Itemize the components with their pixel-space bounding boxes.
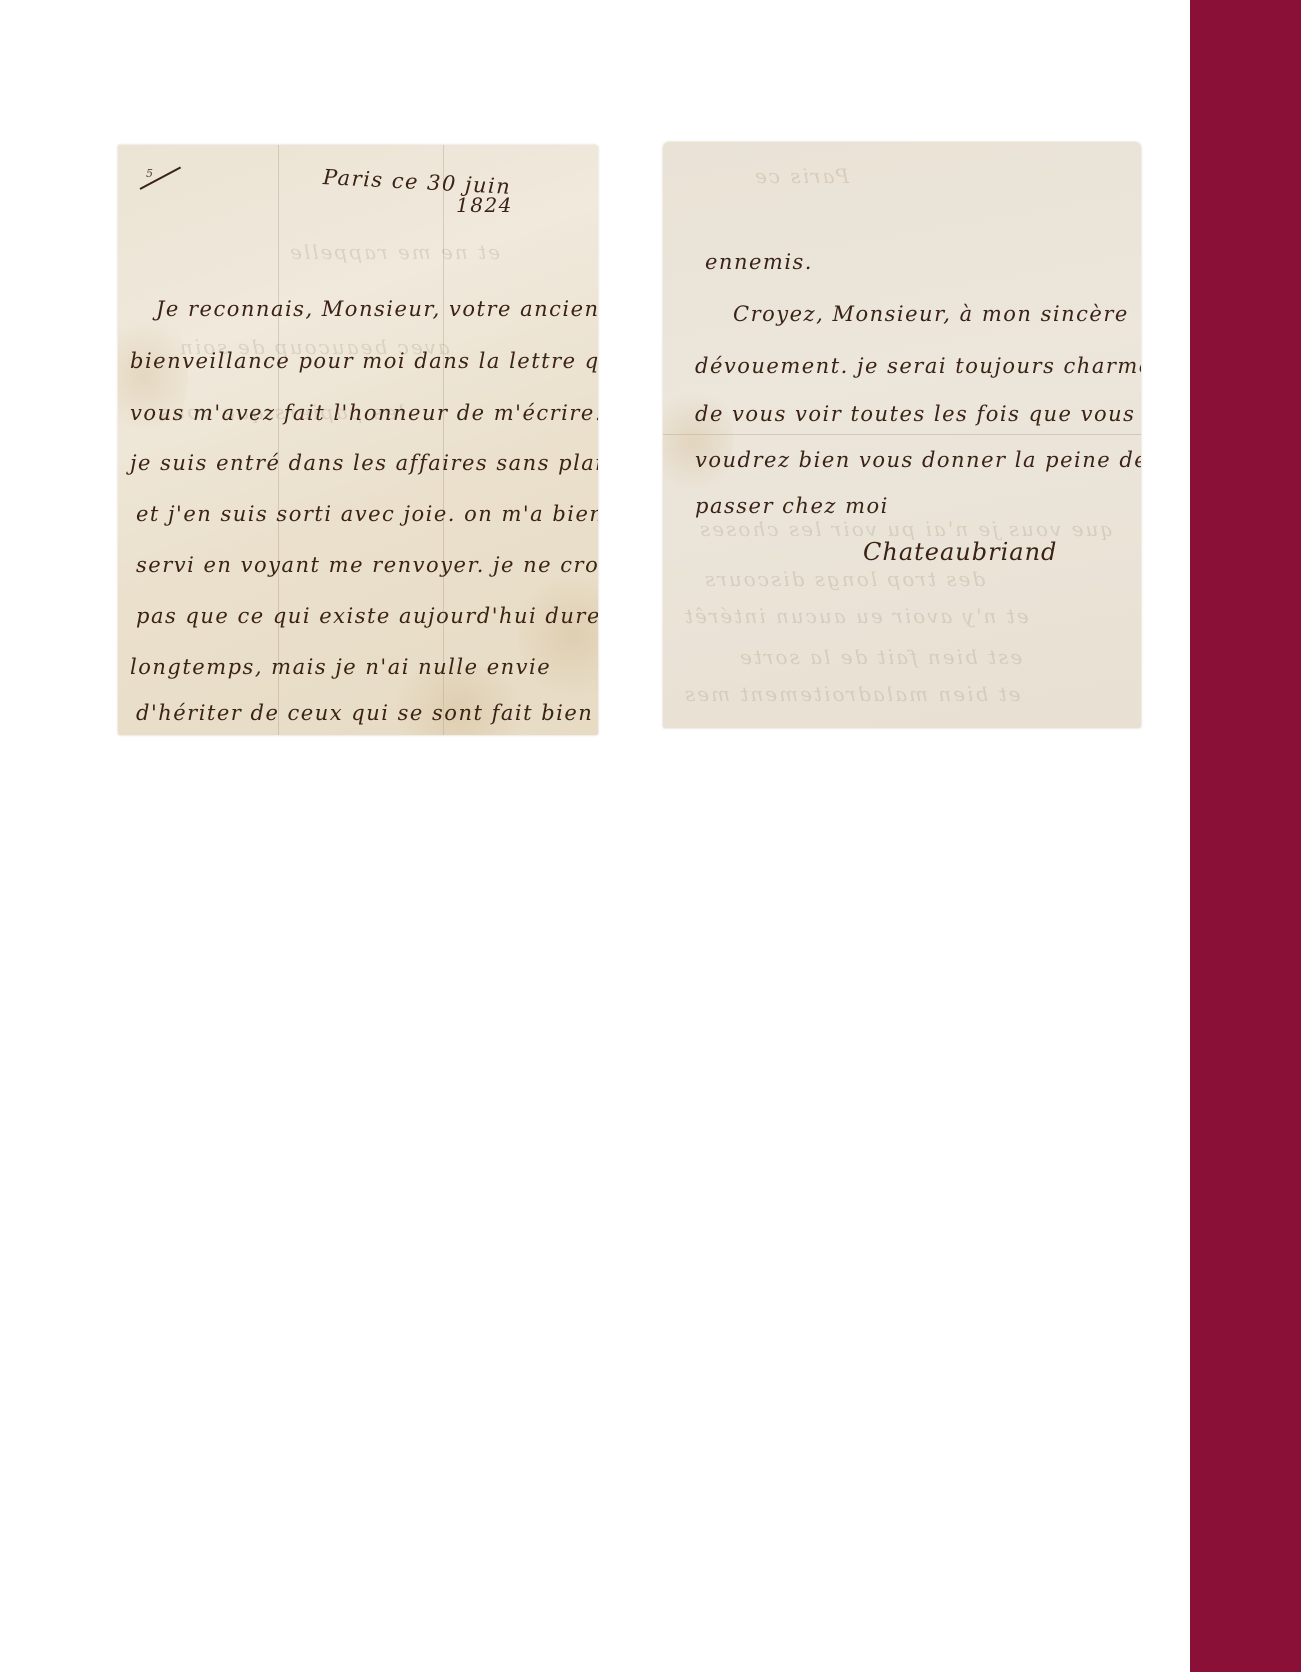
- letter-line: longtemps, mais je n'ai nulle envie: [130, 655, 551, 679]
- signature: Chateaubriand: [863, 538, 1057, 566]
- side-accent-bar: [1190, 0, 1301, 1672]
- paper-stain: [518, 565, 598, 705]
- letter-line: et j'en suis sorti avec joie. on m'a bie…: [136, 502, 598, 526]
- letter-line: voudrez bien vous donner la peine de: [695, 448, 1141, 472]
- fold-line: [443, 145, 444, 735]
- page-number: 5: [146, 167, 153, 180]
- bleed-through-text: et n'y avoir eu aucun intérêt: [683, 604, 1029, 628]
- bleed-through-text: Paris ce: [753, 164, 849, 188]
- fold-line: [278, 145, 279, 735]
- letter-line: de vous voir toutes les fois que vous: [695, 402, 1135, 426]
- letter-line: Croyez, Monsieur, à mon sincère: [733, 302, 1129, 326]
- letter-line: d'hériter de ceux qui se sont fait bien: [136, 701, 593, 725]
- paper-stain: [663, 382, 733, 502]
- letter-line: pas que ce qui existe aujourd'hui dure: [136, 604, 598, 628]
- letter-page-right: Paris ce que vous je n'ai pu voir les ch…: [663, 142, 1141, 728]
- letter-page-left: et ne me rappelle avec beaucoup de soin …: [118, 145, 598, 735]
- dateline-year: 1824: [456, 193, 513, 217]
- letter-line: bienveillance pour moi dans la lettre qu…: [130, 349, 598, 373]
- letter-line: Je reconnais, Monsieur, votre ancienne: [156, 297, 598, 321]
- letter-line: servi en voyant me renvoyer. je ne crois: [136, 553, 598, 577]
- bleed-through-text: des trop longs discours: [703, 567, 985, 591]
- letter-line: vous m'avez fait l'honneur de m'écrire.: [130, 401, 598, 425]
- letter-line: ennemis.: [705, 250, 813, 274]
- fold-line: [663, 434, 1141, 435]
- bleed-through-text: et bien maladroitement mes: [683, 682, 1021, 706]
- bleed-through-text: est bien fait de la sorte: [738, 645, 1022, 669]
- bleed-through-text: et ne me rappelle: [288, 240, 500, 264]
- letter-line: dévouement. je serai toujours charmé: [695, 354, 1141, 378]
- letter-line: je suis entré dans les affaires sans pla…: [130, 451, 598, 475]
- letter-line: passer chez moi: [695, 494, 889, 518]
